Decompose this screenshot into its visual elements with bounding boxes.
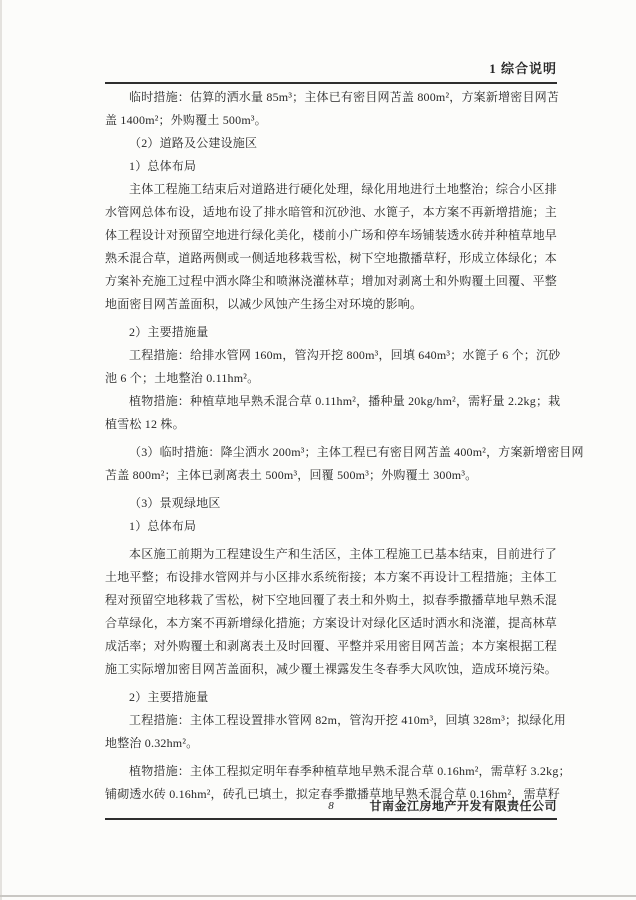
body-line: 熟禾混合草，道路两侧或一侧适地移栽雪松，树下空地撒播草籽，形成立体绿化；本 — [105, 247, 557, 270]
body-line: 成活率；对外购覆土和剥离表土及时回覆、平整并采用密目网苫盖；本方案根据工程 — [105, 635, 557, 658]
body-line: 池 6 个；土地整治 0.11hm²。 — [105, 367, 557, 390]
body-line: 临时措施：估算的洒水量 85m³；主体已有密目网苫盖 800m²，方案新增密目网… — [105, 86, 557, 109]
body-line: 体工程设计对预留空地进行绿化美化，楼前小广场和停车场铺装透水砖并种植草地早 — [105, 224, 557, 247]
body-line: 合草绿化，本方案不再新增绿化措施；方案设计对绿化区适时洒水和浇灌，提高林草 — [105, 612, 557, 635]
body-line: 本区施工前期为工程建设生产和生活区，主体工程施工已基本结束，目前进行了 — [105, 543, 557, 566]
body-line: 方案补充施工过程中洒水降尘和喷淋浇灌林草；增加对剥离土和外购覆土回覆、平整 — [105, 270, 557, 293]
document-page: 1 综合说明 临时措施：估算的洒水量 85m³；主体已有密目网苫盖 800m²，… — [0, 0, 636, 900]
page-header: 1 综合说明 — [105, 58, 557, 84]
body-line: 1）总体布局 — [105, 515, 557, 538]
body-line: 水管网总体布设，适地布设了排水暗管和沉砂池、水篦子，本方案不再新增措施；主 — [105, 201, 557, 224]
body-line: 地面密目网苫盖面积，以减少风蚀产生扬尘对环境的影响。 — [105, 293, 557, 316]
page-edge-bottom — [0, 895, 636, 897]
body-line: 程对预留空地移栽了雪松，树下空地回覆了表土和外购土，拟春季撒播草地早熟禾混 — [105, 589, 557, 612]
page-edge-left — [0, 0, 2, 900]
body-line: 工程措施：主体工程设置排水管网 82m，管沟开挖 410m³，回填 328m³；… — [105, 709, 557, 732]
body-line: （3）临时措施：降尘洒水 200m³；主体工程已有密目网苫盖 400m²，方案新… — [105, 441, 557, 464]
page-footer: 8 甘南金江房地产开发有限责任公司 — [105, 799, 557, 820]
document-body: 临时措施：估算的洒水量 85m³；主体已有密目网苫盖 800m²，方案新增密目网… — [105, 86, 557, 806]
body-line: （2）道路及公建设施区 — [105, 132, 557, 155]
body-line: 施工实际增加密目网苫盖面积，减少覆土裸露发生冬春季大风吹蚀，造成环境污染。 — [105, 658, 557, 681]
body-line: 土地平整；布设排水管网并与小区排水系统衔接；本方案不再设计工程措施；主体工 — [105, 566, 557, 589]
footer-company: 甘南金江房地产开发有限责任公司 — [369, 799, 557, 813]
body-line: 地整治 0.32hm²。 — [105, 732, 557, 755]
body-line: 1）总体布局 — [105, 155, 557, 178]
body-line: 2）主要措施量 — [105, 321, 557, 344]
header-title: 1 综合说明 — [489, 61, 557, 76]
body-line: 盖 1400m²；外购覆土 500m³。 — [105, 109, 557, 132]
body-line: 植物措施：主体工程拟定明年春季种植草地早熟禾混合草 0.16hm²，需草籽 3.… — [105, 760, 557, 783]
body-line: 植物措施：种植草地早熟禾混合草 0.11hm²，播种量 20kg/hm²，需籽量… — [105, 390, 557, 413]
body-line: 主体工程施工结束后对道路进行硬化处理，绿化用地进行土地整治；综合小区排 — [105, 178, 557, 201]
body-line: 工程措施：给排水管网 160m，管沟开挖 800m³，回填 640m³；水篦子 … — [105, 344, 557, 367]
body-line: （3）景观绿地区 — [105, 492, 557, 515]
body-line: 2）主要措施量 — [105, 686, 557, 709]
body-line: 苫盖 800m²；主体已剥离表土 500m³，回覆 500m³；外购覆土 300… — [105, 464, 557, 487]
body-line: 植雪松 12 株。 — [105, 413, 557, 436]
